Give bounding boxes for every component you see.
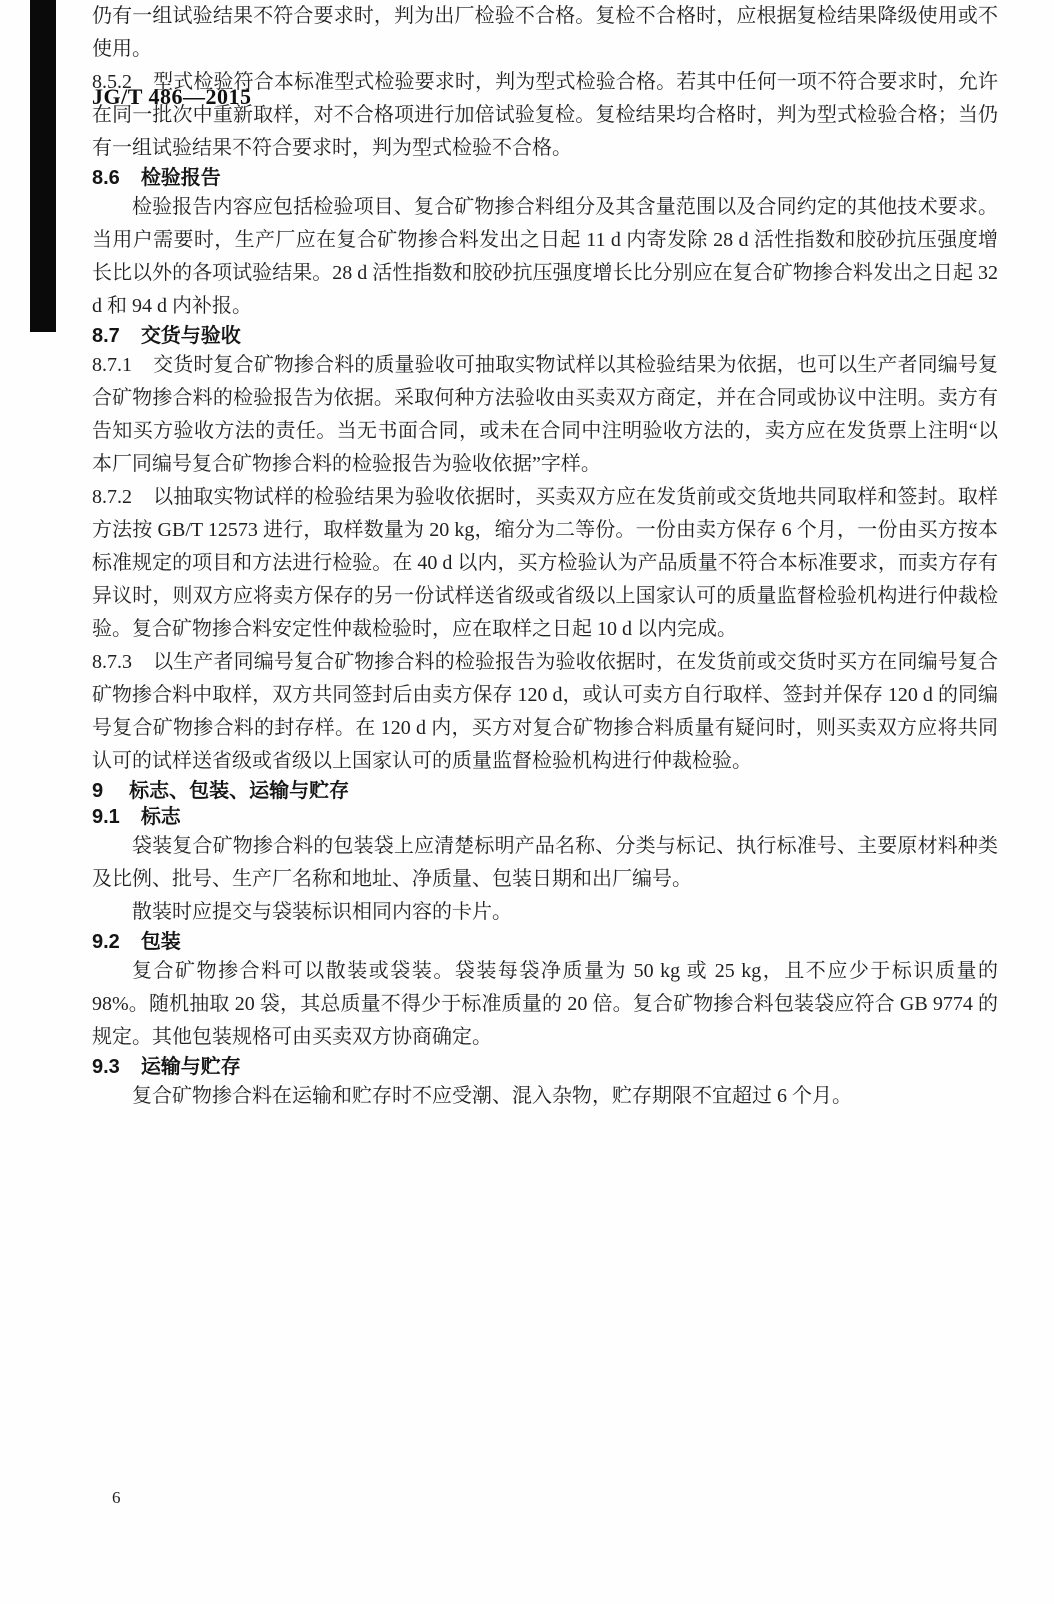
clause-text: 以生产者同编号复合矿物掺合料的检验报告为验收依据时，在发货前或交货时买方在同编号… [92, 651, 998, 772]
clause-number: 8.5.2 [92, 71, 132, 93]
heading-title: 标志、包装、运输与贮存 [129, 780, 349, 802]
clause-text: 型式检验符合本标准型式检验要求时，判为型式检验合格。若其中任何一项不符合要求时，… [92, 71, 998, 159]
heading-title: 包装 [141, 931, 181, 953]
heading-title: 标志 [141, 806, 181, 828]
section-heading-9-2: 9.2包装 [92, 929, 998, 955]
heading-number: 9.3 [92, 1056, 120, 1078]
clause-number: 8.7.3 [92, 651, 132, 673]
heading-number: 9 [92, 780, 103, 802]
clause-paragraph-8-7-2: 8.7.2以抽取实物试样的检验结果为验收依据时，买卖双方应在发货前或交货地共同取… [92, 481, 998, 646]
heading-number: 8.6 [92, 167, 120, 189]
clause-paragraph-8-7-1: 8.7.1交货时复合矿物掺合料的质量验收可抽取实物试样以其检验结果为依据，也可以… [92, 349, 998, 481]
heading-title: 交货与验收 [141, 325, 241, 347]
clause-number: 8.7.1 [92, 354, 132, 376]
clause-paragraph-8-7-3: 8.7.3以生产者同编号复合矿物掺合料的检验报告为验收依据时，在发货前或交货时买… [92, 646, 998, 778]
clause-paragraph-8-5-2: 8.5.2型式检验符合本标准型式检验要求时，判为型式检验合格。若其中任何一项不符… [92, 66, 998, 165]
clause-text: 以抽取实物试样的检验结果为验收依据时，买卖双方应在发货前或交货地共同取样和签封。… [92, 486, 998, 640]
paragraph-9-1-b: 散装时应提交与袋装标识相同内容的卡片。 [92, 896, 998, 929]
page-number: 6 [112, 1488, 121, 1508]
heading-number: 8.7 [92, 325, 120, 347]
chapter-heading-9: 9标志、包装、运输与贮存 [92, 778, 998, 804]
section-heading-8-7: 8.7交货与验收 [92, 323, 998, 349]
paragraph-9-1-a: 袋装复合矿物掺合料的包装袋上应清楚标明产品名称、分类与标记、执行标准号、主要原材… [92, 830, 998, 896]
clause-text: 交货时复合矿物掺合料的质量验收可抽取实物试样以其检验结果为依据，也可以生产者同编… [92, 354, 998, 475]
heading-number: 9.2 [92, 931, 120, 953]
section-heading-8-6: 8.6检验报告 [92, 165, 998, 191]
clause-number: 8.7.2 [92, 486, 132, 508]
scan-artifact-bar [30, 0, 56, 332]
document-page: JG/T 486—2015 仍有一组试验结果不符合要求时，判为出厂检验不合格。复… [0, 0, 1054, 1604]
heading-title: 运输与贮存 [141, 1056, 241, 1078]
continuation-paragraph: 仍有一组试验结果不符合要求时，判为出厂检验不合格。复检不合格时，应根据复检结果降… [92, 0, 998, 66]
paragraph-9-2: 复合矿物掺合料可以散装或袋装。袋装每袋净质量为 50 kg 或 25 kg，且不… [92, 955, 998, 1054]
section-heading-9-1: 9.1标志 [92, 804, 998, 830]
section-heading-9-3: 9.3运输与贮存 [92, 1054, 998, 1080]
paragraph-9-3: 复合矿物掺合料在运输和贮存时不应受潮、混入杂物，贮存期限不宜超过 6 个月。 [92, 1080, 998, 1113]
heading-title: 检验报告 [141, 167, 221, 189]
document-body: 仍有一组试验结果不符合要求时，判为出厂检验不合格。复检不合格时，应根据复检结果降… [92, 0, 998, 1113]
heading-number: 9.1 [92, 806, 120, 828]
paragraph-8-6: 检验报告内容应包括检验项目、复合矿物掺合料组分及其含量范围以及合同约定的其他技术… [92, 191, 998, 323]
